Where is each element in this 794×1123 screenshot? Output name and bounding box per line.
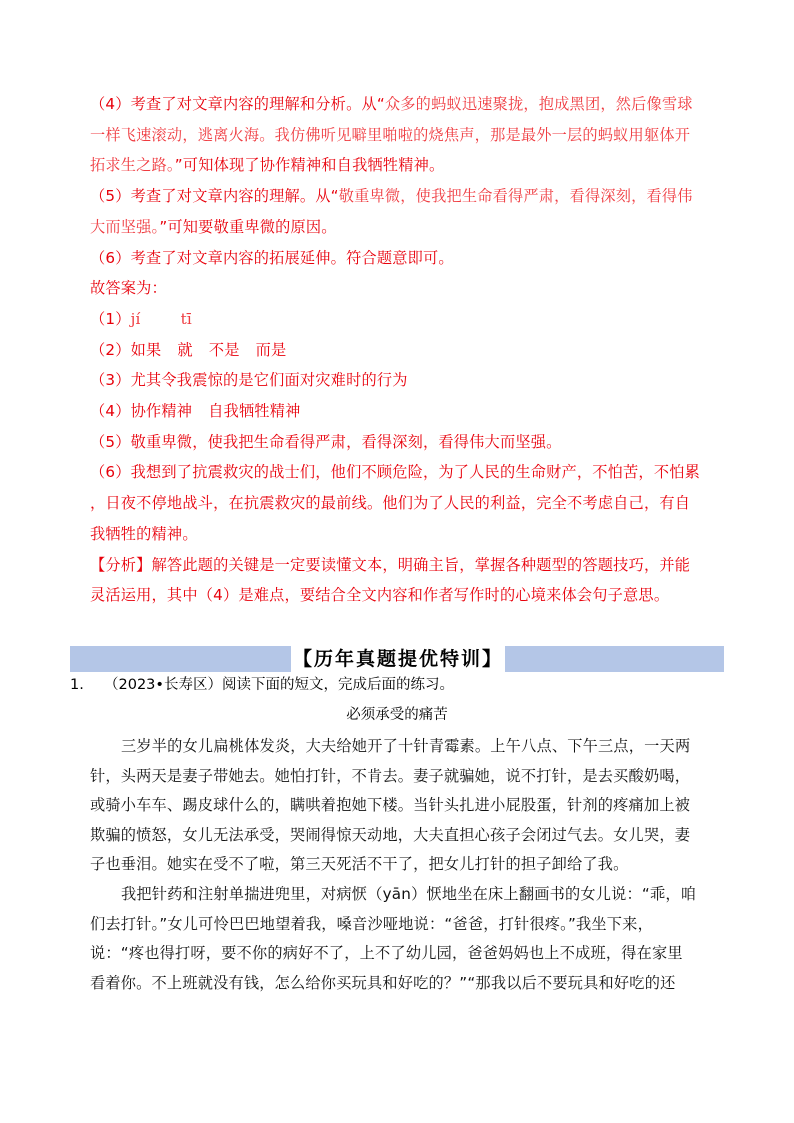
answer-4-num: （4）	[90, 402, 131, 420]
section-title: 【历年真题提优特训】	[291, 646, 505, 672]
question-text: （2023•长寿区）阅读下面的短文，完成后面的练习。	[104, 677, 454, 693]
answer-2-num: （2）	[90, 341, 131, 359]
answer-6-line2: ，日夜不停地战斗，在抗震救灾的最前线。他们为了人民的利益，完全不考虑自己，有自	[90, 488, 722, 519]
analysis-note-line1: 【分析】解答此题的关键是一定要读懂文本，明确主旨，掌握各种题型的答题技巧，并能	[90, 550, 722, 581]
answer-explanation-block: （4）考查了对文章内容的理解和分析。从“众多的蚂蚁迅速聚拢，抱成黑团，然后像雪球…	[90, 89, 722, 611]
analysis-note-text-1: 解答此题的关键是一定要读懂文本，明确主旨，掌握各种题型的答题技巧，并能	[152, 556, 691, 574]
explanation-6: （6）考查了对文章内容的拓展延伸。符合题意即可。	[90, 243, 722, 274]
explanation-4-quote-end: 拓求生之路。	[90, 156, 175, 174]
article-line: 我把针药和注射单揣进兜里，对病恹（yān）恹地坐在床上翻画书的女儿说：“乖，咱	[90, 880, 722, 910]
analysis-tag: 【分析】	[90, 556, 152, 574]
article-line: 或骑小车车、踢皮球什么的，瞒哄着抱她下楼。当针头扎进小屁股蛋，针剂的疼痛加上被	[90, 791, 722, 821]
article-line: 子也垂泪。她实在受不了啦，第三天死活不干了，把女儿打针的担子卸给了我。	[90, 850, 722, 880]
answer-2: （2）如果就不是而是	[90, 335, 722, 366]
explanation-4-line1: （4）考查了对文章内容的理解和分析。从“众多的蚂蚁迅速聚拢，抱成黑团，然后像雪球	[90, 89, 722, 120]
explanation-4-suffix: ”可知体现了协作精神和自我牺牲精神。	[175, 156, 445, 174]
explanation-5-prefix: （5）考查了对文章内容的理解。从“	[90, 187, 339, 205]
explanation-5-quote: 敬重卑微，使我把生命看得严肃，看得深刻，看得伟	[339, 187, 693, 205]
answer-5: （5）敬重卑微，使我把生命看得严肃，看得深刻，看得伟大而坚强。	[90, 427, 722, 458]
article-line: 看着你。不上班就没有钱，怎么给你买玩具和好吃的？”“那我以后不要玩具和好吃的还	[90, 969, 722, 999]
explanation-5-suffix: ”可知要敬重卑微的原因。	[159, 218, 336, 236]
article-line: 针，头两天是妻子带她去。她怕打针，不肯去。妻子就骗她，说不打针，是去买酸奶喝，	[90, 762, 722, 792]
answer-1-num: （1）	[90, 310, 131, 328]
article-title: 必须承受的痛苦	[0, 704, 794, 726]
answer-2-word-1: 如果	[131, 341, 162, 359]
analysis-note-line2: 灵活运用，其中（4）是难点，要结合全文内容和作者写作时的心境来体会句子意思。	[90, 580, 722, 611]
answer-2-word-4: 而是	[256, 341, 287, 359]
question-number: 1.	[70, 674, 104, 696]
answer-6-line1: （6）我想到了抗震救灾的战士们，他们不顾危险，为了人民的生命财产，不怕苦，不怕累	[90, 457, 722, 488]
document-page: （4）考查了对文章内容的理解和分析。从“众多的蚂蚁迅速聚拢，抱成黑团，然后像雪球…	[0, 0, 794, 1123]
answer-1-pinyin-2: tī	[181, 310, 192, 328]
article-line: 们去打针。”女儿可怜巴巴地望着我，嗓音沙哑地说：“爸爸，打针很疼。”我坐下来，	[90, 910, 722, 940]
answer-2-word-3: 不是	[209, 341, 240, 359]
explanation-4-prefix: （4）考查了对文章内容的理解和分析。从“	[90, 95, 385, 113]
answer-4-item-2: 自我牺牲精神	[208, 402, 300, 420]
answer-1-pinyin-1: jí	[131, 310, 141, 328]
explanation-4-quote-cont: 一样飞速滚动，逃离火海。我仿佛听见噼里啪啦的烧焦声，那是最外一层的蚂蚁用躯体开	[90, 126, 690, 144]
article-body: 三岁半的女儿扁桃体发炎，大夫给她开了十针青霉素。上午八点、下午三点，一天两 针，…	[90, 732, 722, 998]
article-line: 欺骗的愤怒，女儿无法承受，哭闹得惊天动地，大夫直担心孩子会闭过气去。女儿哭，妻	[90, 821, 722, 851]
explanation-4-quote: 众多的蚂蚁迅速聚拢，抱成黑团，然后像雪球	[385, 95, 693, 113]
answer-6-line3: 我牺牲的精神。	[90, 519, 722, 550]
explanation-5-quote-end: 大而坚强。	[90, 218, 159, 236]
answer-4-item-1: 协作精神	[131, 402, 193, 420]
answer-4: （4）协作精神自我牺牲精神	[90, 396, 722, 427]
answer-1: （1）jítī	[90, 304, 722, 335]
article-line: 说：“疼也得打呀，要不你的病好不了，上不了幼儿园，爸爸妈妈也上不成班，得在家里	[90, 939, 722, 969]
answer-2-word-2: 就	[177, 341, 192, 359]
answer-3: （3）尤其令我震惊的是它们面对灾难时的行为	[90, 365, 722, 396]
article-line: 三岁半的女儿扁桃体发炎，大夫给她开了十针青霉素。上午八点、下午三点，一天两	[90, 732, 722, 762]
answers-label: 故答案为：	[90, 273, 722, 304]
explanation-4-line3: 拓求生之路。”可知体现了协作精神和自我牺牲精神。	[90, 150, 722, 181]
question-1: 1.（2023•长寿区）阅读下面的短文，完成后面的练习。	[70, 674, 454, 696]
explanation-5-line1: （5）考查了对文章内容的理解。从“敬重卑微，使我把生命看得严肃，看得深刻，看得伟	[90, 181, 722, 212]
explanation-4-line2: 一样飞速滚动，逃离火海。我仿佛听见噼里啪啦的烧焦声，那是最外一层的蚂蚁用躯体开	[90, 120, 722, 151]
explanation-5-line2: 大而坚强。”可知要敬重卑微的原因。	[90, 212, 722, 243]
